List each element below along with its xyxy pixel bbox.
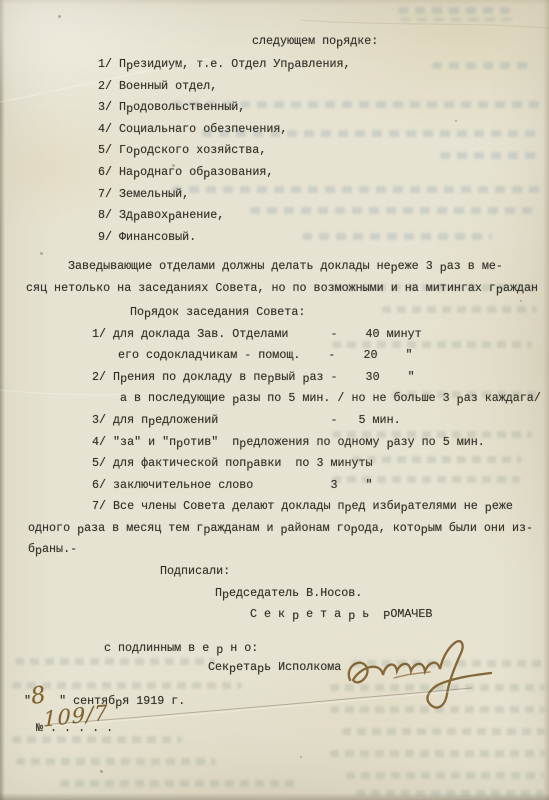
rule-line-1: 1/ для доклада Зав. Отделами - 40 минут bbox=[92, 327, 422, 341]
scanned-document-page: следующем порядке: 1/ Президиум, т.е. От… bbox=[0, 0, 549, 800]
signature-flourish bbox=[334, 634, 544, 720]
bleedthrough-mark bbox=[16, 758, 216, 765]
dept-item-5: 5/ Городского хозяйства, bbox=[98, 143, 266, 157]
paper-speck bbox=[58, 15, 61, 18]
bleedthrough-mark bbox=[352, 660, 545, 667]
paper-speck bbox=[100, 770, 103, 773]
title-line: следующем порядке: bbox=[252, 34, 378, 48]
bleedthrough-mark bbox=[330, 706, 545, 713]
rule-line-7c: браны.- bbox=[28, 542, 77, 556]
bleedthrough-mark bbox=[12, 736, 182, 743]
dept-item-1: 1/ Президиум, т.е. Отдел Управления, bbox=[98, 57, 351, 71]
bleedthrough-mark bbox=[12, 682, 242, 689]
dept-item-7: 7/ Земельный, bbox=[98, 187, 189, 201]
rule-line-1b: его содокладчикам - помощ. - 20 " bbox=[118, 348, 413, 362]
rule-line-7: 7/ Все члены Совета делают доклады пред … bbox=[92, 499, 513, 513]
bleedthrough-mark bbox=[352, 456, 522, 463]
bleedthrough-mark bbox=[15, 658, 215, 665]
rule-line-2: 2/ Прения по докладу в первый раз - 30 " bbox=[92, 370, 415, 384]
dept-item-4: 4/ Социальнаго обезпечения, bbox=[98, 122, 287, 136]
signed-label: Подписали: bbox=[160, 564, 230, 578]
secretary-line: С е к р е т а р ь РОМАЧЕВ bbox=[250, 607, 432, 621]
agenda-heading: Порядок заседания Совета: bbox=[130, 305, 305, 319]
dept-item-8: 8/ Здравохранение, bbox=[98, 208, 224, 222]
rule-line-4: 4/ "за" и "против" предложения по одному… bbox=[92, 435, 485, 449]
bleedthrough-mark bbox=[432, 62, 532, 69]
bleedthrough-mark bbox=[346, 772, 544, 779]
para-line-2: сяц нетолько на заседаниях Совета, но по… bbox=[26, 281, 538, 295]
rule-line-3: 3/ для предложений - 5 мин. bbox=[92, 413, 401, 427]
bleedthrough-mark bbox=[172, 186, 540, 193]
bleedthrough-mark bbox=[342, 728, 545, 735]
rule-line-5: 5/ для фактической поправки по 3 минуты bbox=[92, 456, 373, 470]
bleedthrough-mark bbox=[398, 7, 510, 14]
bleedthrough-mark bbox=[330, 750, 545, 757]
dept-item-2: 2/ Военный отдел, bbox=[98, 79, 217, 93]
chairman-line: Председатель В.Носов. bbox=[215, 586, 362, 600]
bleedthrough-mark bbox=[400, 18, 518, 21]
rule-line-6: 6/ заключительное слово 3 " bbox=[92, 478, 373, 492]
bleedthrough-mark bbox=[332, 341, 532, 348]
dept-item-9: 9/ Финансовый. bbox=[98, 230, 196, 244]
bleedthrough-mark bbox=[382, 306, 537, 313]
paper-speck bbox=[520, 300, 522, 302]
para-line-1: Заведывающие отделами должны делать докл… bbox=[68, 259, 503, 273]
bleedthrough-mark bbox=[60, 780, 300, 787]
rule-line-2b: а в последующие разы по 5 мин. / но не б… bbox=[120, 391, 541, 405]
bleedthrough-mark bbox=[356, 790, 544, 797]
bleedthrough-mark bbox=[250, 207, 535, 214]
paper-speck bbox=[300, 756, 302, 758]
bleedthrough-mark bbox=[440, 152, 540, 159]
rule-line-7b: одного раза в месяц тем гражданам и райо… bbox=[28, 521, 533, 535]
ispolkom-secretary-line: Секретарь Исполкома bbox=[208, 660, 341, 674]
date-day-handwritten: 8 bbox=[29, 682, 48, 710]
bleedthrough-mark bbox=[330, 684, 545, 691]
certified-line: с подлинным в е р н о: bbox=[104, 641, 258, 655]
paper-speck bbox=[455, 120, 457, 122]
bleedthrough-mark bbox=[302, 233, 492, 240]
paper-speck bbox=[40, 252, 43, 255]
dept-item-3: 3/ Продовольственный, bbox=[98, 100, 245, 114]
dept-item-6: 6/ Народнаго образования, bbox=[98, 165, 273, 179]
